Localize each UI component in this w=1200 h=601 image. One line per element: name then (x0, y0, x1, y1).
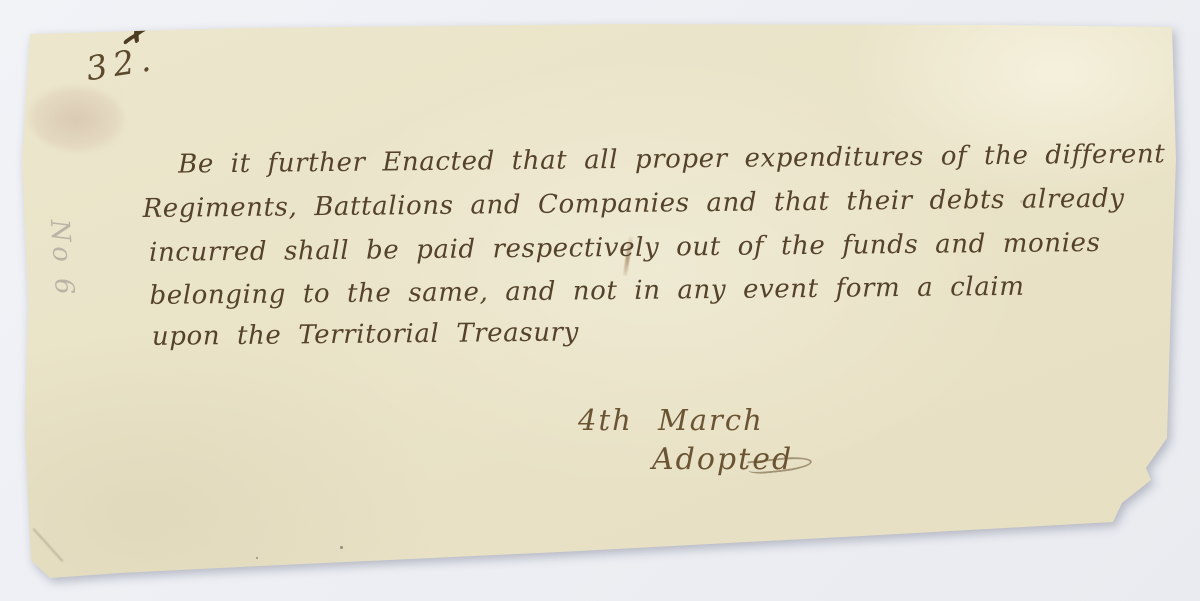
manuscript-paper: 32. ✗ No 6 Be it further Enacted that al… (0, 0, 1200, 601)
manuscript-line: Regiments, Battalions and Companies and … (142, 184, 1124, 224)
corner-fold-crease (33, 528, 64, 562)
paper-speck (340, 546, 343, 549)
manuscript-line: belonging to the same, and not in any ev… (149, 272, 1024, 311)
paper-speck (256, 557, 258, 559)
manuscript-line: Be it further Enacted that all proper ex… (178, 139, 1165, 179)
paper-stain (28, 86, 124, 152)
manuscript-line: upon the Territorial Treasury (152, 317, 579, 351)
paper-shadow: 32. ✗ No 6 Be it further Enacted that al… (0, 0, 1200, 601)
margin-pencil-note: No 6 (44, 218, 79, 299)
adopted-annotation: Adopted (652, 442, 793, 477)
manuscript-line: incurred shall be paid respectively out … (149, 228, 1101, 268)
scan-background: 32. ✗ No 6 Be it further Enacted that al… (0, 0, 1200, 601)
date-annotation: 4th March (578, 403, 764, 437)
